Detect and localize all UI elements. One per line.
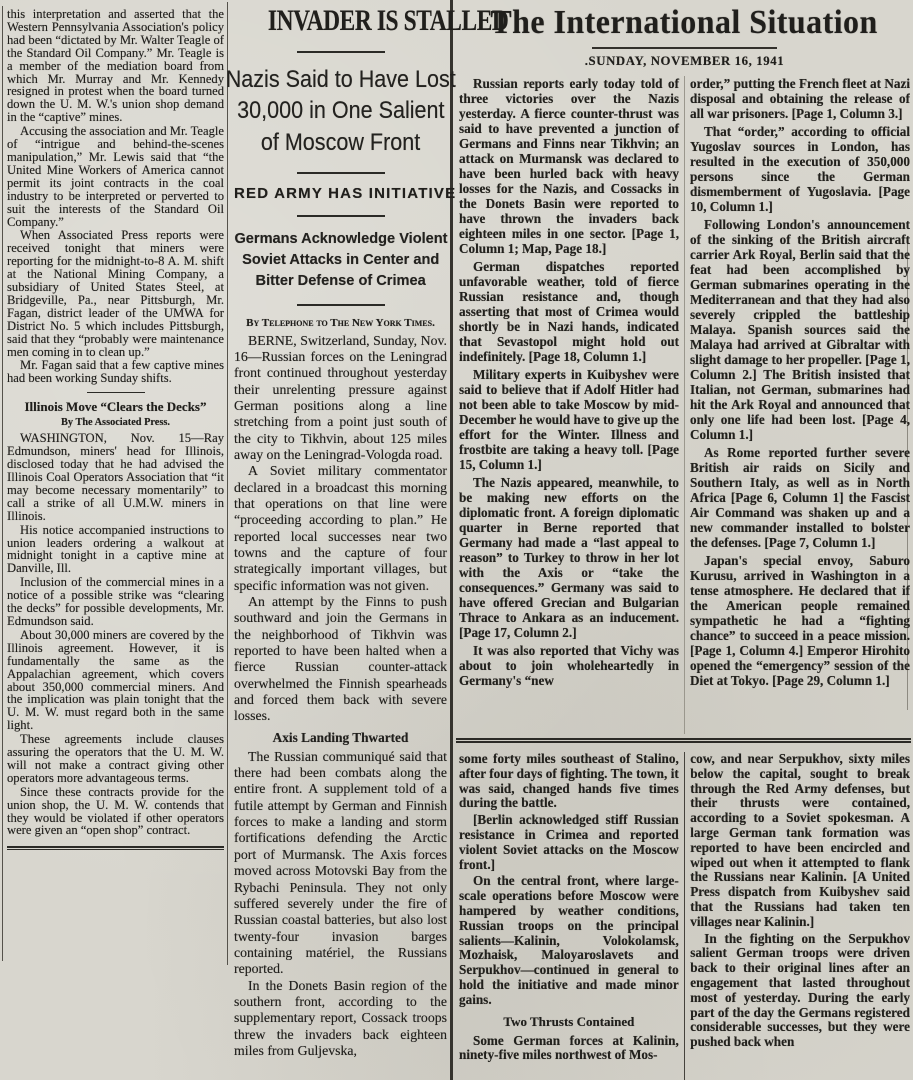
deck-line: 30,000 in One Salient [234,96,447,128]
coal-article-column: this interpretation and asserted that th… [7,8,224,850]
deck-line-text: Nazis Said to Have Lost [225,66,455,94]
summary-paragraph: Japan's special envoy, Saburo Kurusu, ar… [690,553,910,688]
article-paragraph: WASHINGTON, Nov. 15—Ray Edmundson, miner… [7,432,224,522]
page-left-edge-rule [2,6,3,961]
column-rule-1 [227,2,228,965]
article-paragraph: cow, and near Serpukhov, sixty miles bel… [690,752,910,930]
bank-rule [297,215,385,217]
lead-headline: INVADER IS STALLED [234,4,447,38]
summary-paragraph: Russian reports early today told of thre… [459,76,679,256]
lead-article-column: INVADER IS STALLED Nazis Said to Have Lo… [234,2,447,1059]
summary-paragraph: German dispatches reported unfavorable w… [459,259,679,364]
article-paragraph: In the fighting on the Serpukhov salient… [690,932,910,1050]
intl-dateline: .SUNDAY, NOVEMBER 16, 1941 [456,54,913,69]
article-paragraph: When Associated Press reports were recei… [7,229,224,358]
article-paragraph: Since these contracts provide for the un… [7,786,224,838]
lead-deck: Nazis Said to Have Lost 30,000 in One Sa… [234,64,447,159]
subdeck-line-text: Bitter Defense of Crimea [255,272,425,289]
intl-column-divider [684,76,685,734]
article-paragraph: Accusing the association and Mr. Teagle … [7,125,224,228]
intl-summary-columns: Russian reports early today told of thre… [459,76,910,734]
article-paragraph: BERNE, Switzerland, Sunday, Nov. 16—Russ… [234,333,447,464]
article-paragraph: some forty miles southeast of Stalino, a… [459,752,679,811]
subdeck-line: Germans Acknowledge Violent [234,228,447,249]
summary-paragraph: The Nazis appeared, meanwhile, to be mak… [459,475,679,640]
intl-section-title-text: The International Situation [491,4,878,42]
article-paragraph: His notice accompanied instructions to u… [7,524,224,576]
article-paragraph: About 30,000 miners are covered by the I… [7,629,224,732]
subdeck-line: Bitter Defense of Crimea [234,270,447,291]
deck-line-text: 30,000 in One Salient [237,97,444,125]
lead-bank-line: RED ARMY HAS INITIATIVE [234,185,447,202]
intl-box-bottom-rule [456,738,911,743]
deck-rule [297,172,385,174]
article-paragraph: A Soviet military commentator declared i… [234,463,447,594]
article-paragraph: An attempt by the Finns to push southwar… [234,594,447,725]
article-paragraph: In the Donets Basin region of the southe… [234,978,447,1060]
nyt-byline: By Telephone to The New York Times. [234,317,447,329]
article-paragraph: this interpretation and asserted that th… [7,8,224,124]
summary-paragraph: Following London's announcement of the s… [690,217,910,442]
intl-title-rule [592,47,777,49]
subdeck-rule [297,304,385,306]
subdeck-line-text: Germans Acknowledge Violent [234,230,447,247]
intl-section: The International Situation .SUNDAY, NOV… [456,0,913,1080]
ap-byline: By The Associated Press. [7,417,224,428]
summary-paragraph: It was also reported that Vichy was abou… [459,643,679,688]
continuation-right-column: cow, and near Serpukhov, sixty miles bel… [690,752,910,1080]
intl-right-column: order,” putting the French fleet at Nazi… [690,76,910,734]
headline-rule [297,51,385,53]
lead-article-body: BERNE, Switzerland, Sunday, Nov. 16—Russ… [234,333,447,1060]
intl-section-title: The International Situation [456,4,913,44]
deck-line: of Moscow Front [234,127,447,159]
continuation-left-column: some forty miles southeast of Stalino, a… [459,752,679,1080]
summary-paragraph: As Rome reported further severe British … [690,445,910,550]
article-paragraph: The Russian communiqué said that there h… [234,749,447,978]
newspaper-page: this interpretation and asserted that th… [0,0,913,1080]
subdeck-line-text: Soviet Attacks in Center and [242,251,439,268]
deck-line: Nazis Said to Have Lost [234,64,447,96]
summary-paragraph: Military experts in Kuibyshev were said … [459,367,679,472]
article-paragraph: Mr. Fagan said that a few captive mines … [7,359,224,385]
illinois-subhead: Illinois Move “Clears the Decks” [7,399,224,414]
article-paragraph: On the central front, where large-scale … [459,874,679,1007]
article-paragraph: Inclusion of the commercial mines in a n… [7,576,224,628]
article-paragraph: Some German forces at Kalinin, ninety-fi… [459,1034,679,1064]
intl-left-column: Russian reports early today told of thre… [459,76,679,734]
column-rule-2 [450,0,453,1080]
summary-paragraph: That “order,” according to official Yugo… [690,124,910,214]
continuation-columns: some forty miles southeast of Stalino, a… [459,752,910,1080]
section-divider-rule [87,392,145,393]
continuation-column-divider [684,752,686,1080]
two-thrusts-subhead: Two Thrusts Contained [459,1014,679,1030]
article-paragraph: [Berlin acknowledged stiff Russian resis… [459,813,679,872]
article-paragraph: These agreements include clauses assurin… [7,733,224,785]
summary-paragraph: order,” putting the French fleet at Nazi… [690,76,910,121]
lead-subdeck: Germans Acknowledge Violent Soviet Attac… [234,228,447,291]
article-end-rule [7,846,224,850]
subdeck-line: Soviet Attacks in Center and [234,249,447,270]
deck-line-text: of Moscow Front [261,129,420,157]
axis-landing-subhead: Axis Landing Thwarted [234,730,447,746]
